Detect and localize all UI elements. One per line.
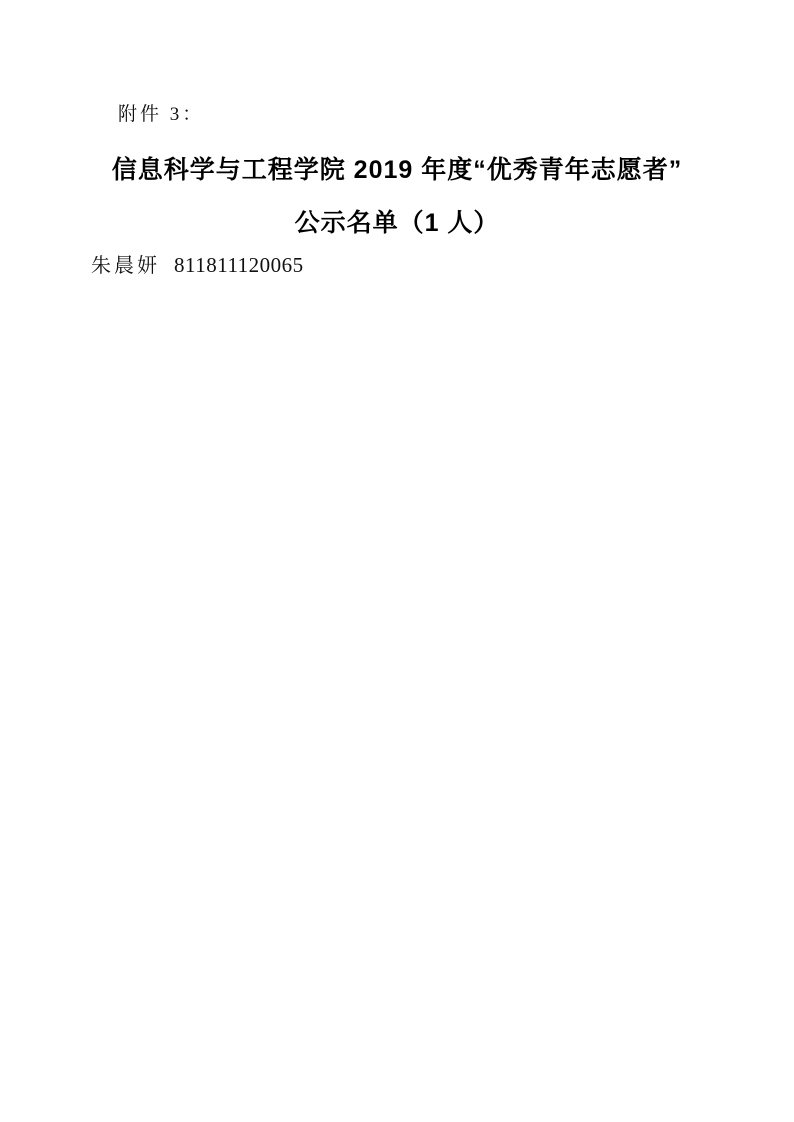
person-name: 朱晨妍 bbox=[91, 249, 160, 278]
student-id: 811811120065 bbox=[174, 253, 304, 278]
document-title-line-2: 公示名单（1 人） bbox=[0, 203, 794, 239]
document-title-line-1: 信息科学与工程学院 2019 年度“优秀青年志愿者” bbox=[0, 150, 794, 186]
attachment-label: 附件 3： bbox=[118, 99, 204, 126]
document-page: 附件 3： 信息科学与工程学院 2019 年度“优秀青年志愿者” 公示名单（1 … bbox=[0, 0, 794, 1122]
roster-row: 朱晨妍 811811120065 bbox=[91, 249, 304, 278]
